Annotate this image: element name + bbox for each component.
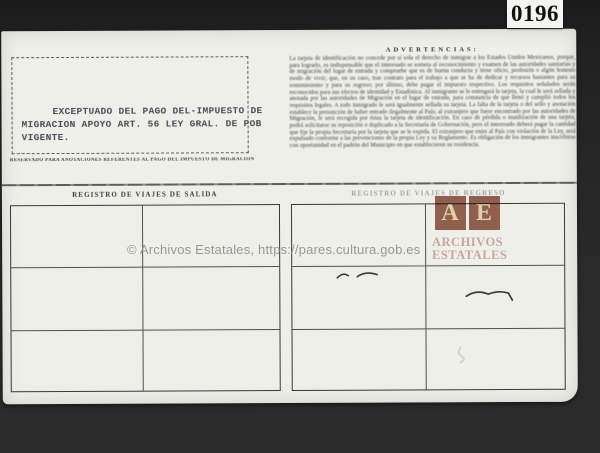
logo-squares: A E — [432, 196, 502, 230]
logo-text: ARCHIVOS ESTATALES — [432, 236, 502, 262]
scan-background: 0196 EXCEPTUADO DEL PAGO DEL-IMPUESTO DE… — [0, 0, 600, 453]
table-cell — [11, 206, 143, 269]
logo-letter-e: E — [469, 196, 500, 230]
table-cell — [11, 268, 143, 332]
tax-exemption-stamp-box: EXCEPTUADO DEL PAGO DEL-IMPUESTO DE MIGR… — [11, 56, 248, 154]
stamp-line: VIGENTE. — [22, 130, 244, 144]
ink-mark — [335, 270, 381, 282]
stamp-line: EXCEPTUADO DEL PAGO DEL-IMPUESTO DE — [53, 104, 244, 118]
scan-number: 0196 — [511, 1, 559, 27]
logo-letter-a: A — [435, 196, 466, 230]
advertencias-section: ADVERTENCIAS: La tarjeta de identificaci… — [289, 46, 575, 150]
stamp-box-caption: RESERVADO PARA ANOTACIONES REFERENTES AL… — [10, 157, 262, 163]
section-divider — [2, 182, 577, 187]
table-cell — [144, 330, 280, 391]
table-cell — [292, 329, 426, 390]
table-cell — [11, 331, 143, 392]
departure-table-title: REGISTRO DE VIAJES DE SALIDA — [10, 190, 280, 199]
table-cell — [143, 267, 279, 331]
departure-trips-table — [10, 204, 281, 392]
ink-mark — [464, 287, 516, 303]
table-cell — [292, 204, 426, 267]
stamp-line: MIGRACION APOYO ART. 56 LEY GRAL. DE POB — [22, 117, 244, 131]
advertencias-body: La tarjeta de identificación no concede … — [289, 55, 575, 150]
return-trips-table — [291, 203, 566, 391]
scan-number-tab: 0196 — [507, 0, 563, 28]
table-cell — [143, 205, 279, 268]
copyright-watermark: © Archivos Estatales, https://pares.cult… — [127, 242, 420, 257]
ink-mark — [455, 345, 471, 365]
table-cell — [426, 329, 564, 390]
archivos-estatales-logo: A E ARCHIVOS ESTATALES — [432, 196, 502, 262]
logo-text-line2: ESTATALES — [432, 249, 502, 262]
return-table-title: REGISTRO DE VIAJES DE REGRESO — [292, 189, 565, 198]
advertencias-title: ADVERTENCIAS: — [289, 46, 575, 54]
